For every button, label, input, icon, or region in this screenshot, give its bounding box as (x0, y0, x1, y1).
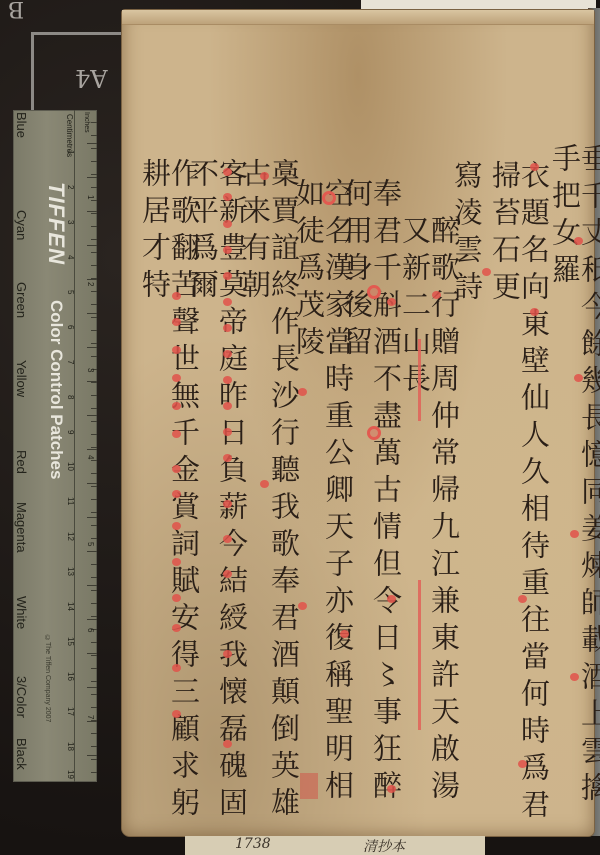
cm-tick: 17 (66, 707, 75, 716)
cm-tick: 6 (66, 325, 75, 329)
cm-tick: 14 (66, 602, 75, 611)
red-punctuation-dot (223, 246, 232, 254)
cm-tick: 7 (66, 360, 75, 364)
catalog-slip: 1738 清抄本 (185, 836, 485, 855)
red-punctuation-dot (530, 308, 539, 316)
red-punctuation-dot (518, 760, 527, 768)
cm-tick: 16 (66, 672, 75, 681)
copyright-text: ©The Tiffen Company 2007 (44, 635, 51, 722)
red-punctuation-dot (260, 480, 269, 488)
red-circle-mark (367, 426, 381, 440)
patch-label-3color: 3/Color (14, 676, 29, 718)
red-punctuation-dot (223, 570, 232, 578)
ruler-scale (74, 110, 97, 782)
cm-tick: 8 (66, 395, 75, 399)
inch-tick: 3 (86, 368, 95, 372)
red-circle-mark (367, 285, 381, 299)
red-punctuation-dot (172, 465, 181, 473)
red-punctuation-dot (387, 298, 396, 306)
red-name-underline (418, 339, 421, 421)
cm-tick: 3 (66, 220, 75, 224)
red-punctuation-dot (574, 237, 583, 245)
red-punctuation-dot (223, 740, 232, 748)
inch-tick: 6 (86, 628, 95, 632)
red-punctuation-dot (298, 388, 307, 396)
patch-label-blue: Blue (14, 112, 29, 138)
red-punctuation-dot (223, 168, 232, 176)
red-punctuation-dot (172, 374, 181, 382)
text-column-1: 垂千丈秪今餘幾長憶同姜煉師載酒上雲擒手把女羅 (550, 143, 600, 836)
cm-tick: 2 (66, 185, 75, 189)
patch-label-white: White (14, 596, 29, 629)
cm-tick: 9 (66, 430, 75, 434)
cm-tick: 19 (66, 770, 75, 779)
product-title: Color Control Patches (46, 300, 66, 479)
red-punctuation-dot (482, 268, 491, 276)
red-punctuation-dot (172, 430, 181, 438)
red-punctuation-dot (172, 558, 181, 566)
red-punctuation-dot (223, 454, 232, 462)
red-punctuation-dot (172, 402, 181, 410)
red-name-underline (418, 580, 421, 730)
patch-label-black: Black (14, 738, 29, 770)
page-top-edge (122, 10, 594, 25)
catalog-number: 1738 (235, 836, 271, 852)
cm-tick: 13 (66, 567, 75, 576)
red-punctuation-dot (223, 650, 232, 658)
red-punctuation-dot (223, 220, 232, 228)
red-punctuation-dot (172, 292, 181, 300)
patch-label-green: Green (14, 282, 29, 318)
inch-tick: 5 (86, 542, 95, 546)
patch-label-magenta: Magenta (14, 502, 29, 553)
red-punctuation-dot (223, 324, 232, 332)
color-control-strip: Centimetres Inches TIFFEN Color Control … (13, 110, 97, 782)
inch-tick: 2 (86, 282, 95, 286)
patch-label-cyan: Cyan (14, 210, 29, 240)
guide-label-a4: A4 (75, 64, 108, 92)
red-punctuation-dot (172, 346, 181, 354)
text-column-6: 空名漢家當時重公卿天子亦復稱聖明相如徒爲茂陵 (294, 178, 352, 836)
red-punctuation-dot (172, 664, 181, 672)
inch-tick: 7 (86, 715, 95, 719)
inch-tick: 4 (86, 455, 95, 459)
red-punctuation-dot (574, 374, 583, 382)
text-column-2: 衣題名向東壁仙人久相待重往當何時爲君掃苔石更 (490, 160, 548, 836)
inch-tick: 1 (86, 195, 95, 199)
cm-tick: 15 (66, 637, 75, 646)
cm-tick: 5 (66, 290, 75, 294)
red-punctuation-dot (172, 594, 181, 602)
red-seal-mark (300, 773, 318, 799)
manuscript-page: 垂千丈秪今餘幾長憶同姜煉師載酒上雲擒手把女羅 衣題名向東壁仙人久相待重往當何時爲… (122, 10, 594, 836)
red-punctuation-dot (223, 193, 232, 201)
catalog-label: 清抄本 (363, 836, 405, 855)
cm-tick: 10 (66, 462, 75, 471)
cm-tick: 12 (66, 532, 75, 541)
patch-label-yellow: Yellow (14, 360, 29, 397)
red-punctuation-dot (387, 595, 396, 603)
text-column-9: 作歌翻苦聲世無千金賞詞賦安得三顧求躬耕居才特 (140, 158, 198, 836)
red-punctuation-dot (223, 376, 232, 384)
text-column-4: 醉歌行贈周仲常帰九江兼東許天啟湯又新二山長 (400, 215, 458, 836)
guide-label-b: B (8, 0, 24, 21)
red-punctuation-dot (172, 624, 181, 632)
red-punctuation-dot (223, 272, 232, 280)
red-punctuation-dot (570, 530, 579, 538)
red-punctuation-dot (340, 630, 349, 638)
red-punctuation-dot (387, 785, 396, 793)
red-circle-mark (322, 191, 336, 205)
cm-tick: 1 (66, 150, 75, 154)
red-punctuation-dot (172, 522, 181, 530)
red-punctuation-dot (223, 428, 232, 436)
red-punctuation-dot (172, 710, 181, 718)
cm-tick: 11 (66, 497, 75, 505)
cm-tick: 4 (66, 255, 75, 259)
red-punctuation-dot (223, 298, 232, 306)
red-punctuation-dot (223, 500, 232, 508)
red-punctuation-dot (570, 673, 579, 681)
red-punctuation-dot (518, 595, 527, 603)
red-punctuation-dot (172, 318, 181, 326)
red-punctuation-dot (223, 350, 232, 358)
red-punctuation-dot (260, 172, 269, 180)
red-punctuation-dot (223, 402, 232, 410)
cm-tick: 18 (66, 742, 75, 751)
red-punctuation-dot (223, 535, 232, 543)
red-punctuation-dot (298, 602, 307, 610)
red-punctuation-dot (172, 490, 181, 498)
inches-label: Inches (83, 112, 90, 133)
red-punctuation-dot (530, 163, 539, 171)
red-punctuation-dot (432, 291, 441, 299)
patch-label-red: Red (14, 450, 29, 474)
